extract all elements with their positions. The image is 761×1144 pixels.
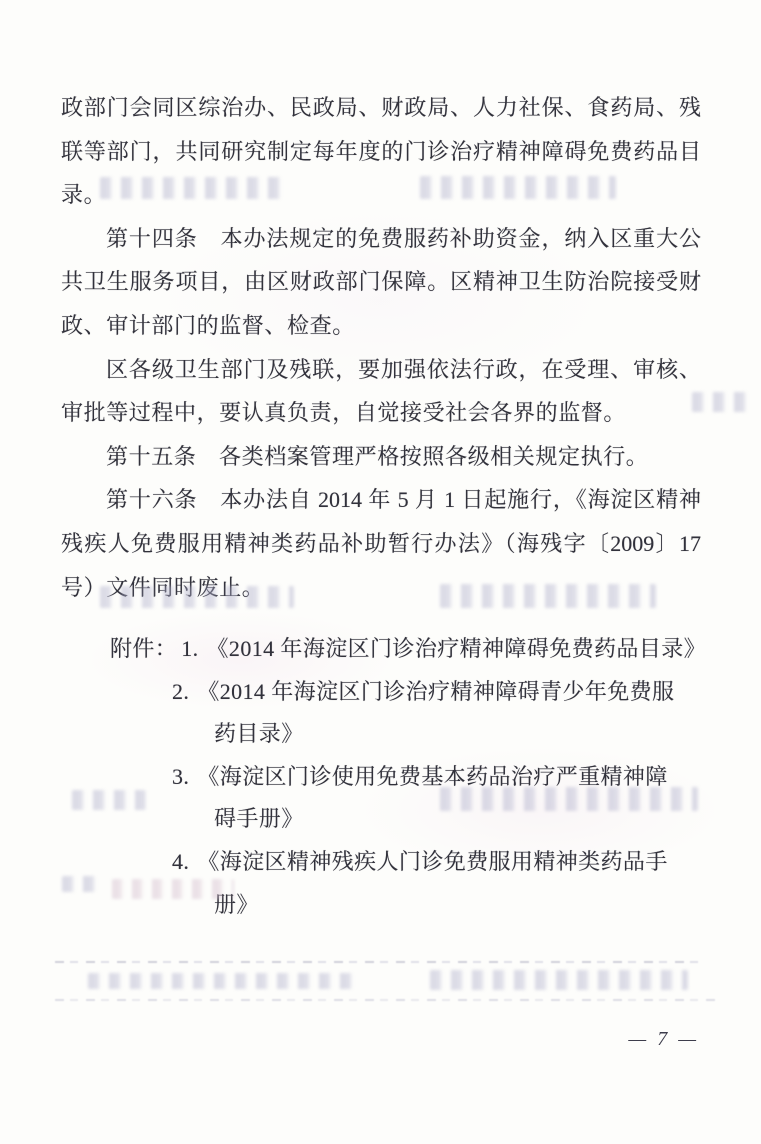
bleedthrough-artifact: [88, 973, 354, 989]
attachment-item: 4.《海淀区精神残疾人门诊免费服用精神类药品手: [110, 841, 710, 884]
document-body: 政部门会同区综治办、民政局、财政局、人力社保、食药局、残 联等部门，共同研究制定…: [61, 86, 701, 609]
page-number: — 7 —: [628, 1026, 699, 1052]
bleedthrough-artifact: [440, 584, 656, 608]
text-line: 区各级卫生部门及残联，要加强依法行政，在受理、审核、: [61, 348, 701, 392]
bleedthrough-artifact: [692, 392, 748, 412]
attachment-title-continuation: 药目录》: [110, 713, 710, 756]
paragraph-supervision: 区各级卫生部门及残联，要加强依法行政，在受理、审核、 审批等过程中，要认真负责，…: [61, 348, 701, 435]
text-line: 第十五条 各类档案管理严格按照各级相关规定执行。: [61, 435, 701, 479]
attachment-index: 4.: [172, 849, 189, 874]
bleedthrough-artifact: [72, 790, 146, 810]
attachment-index: 3.: [172, 764, 189, 789]
text-line: 政部门会同区综治办、民政局、财政局、人力社保、食药局、残: [61, 86, 701, 130]
text-line: 第十六条 本办法自 2014 年 5 月 1 日起施行，《海淀区精神: [61, 478, 701, 522]
scan-streak-artifact: [55, 999, 715, 1001]
text-line: 审批等过程中，要认真负责，自觉接受社会各界的监督。: [61, 391, 701, 435]
paragraph-article-14: 第十四条 本办法规定的免费服药补助资金，纳入区重大公 共卫生服务项目，由区财政部…: [61, 217, 701, 348]
bleedthrough-artifact: [62, 876, 96, 892]
bleedthrough-artifact: [420, 176, 616, 199]
scanned-document-page: 政部门会同区综治办、民政局、财政局、人力社保、食药局、残 联等部门，共同研究制定…: [0, 0, 761, 1144]
text-line: 政、审计部门的监督、检查。: [61, 304, 701, 348]
scan-streak-artifact: [55, 961, 705, 963]
bleedthrough-artifact: [440, 787, 698, 811]
attachment-title: 《海淀区门诊使用免费基本药品治疗严重精神障: [197, 764, 667, 789]
bleedthrough-artifact: [100, 177, 288, 199]
text-line: 第十四条 本办法规定的免费服药补助资金，纳入区重大公: [61, 217, 701, 261]
bleedthrough-artifact: [100, 586, 294, 608]
bleedthrough-artifact: [430, 970, 688, 990]
attachment-item: 附件：1.《2014 年海淀区门诊治疗精神障碍免费药品目录》: [110, 628, 710, 671]
attachments-label: 附件：: [110, 636, 177, 661]
attachment-index: 1.: [181, 636, 198, 661]
attachment-title: 《2014 年海淀区门诊治疗精神障碍免费药品目录》: [207, 636, 707, 661]
attachment-item: 2.《2014 年海淀区门诊治疗精神障碍青少年免费服: [110, 671, 710, 714]
text-line: 联等部门，共同研究制定每年度的门诊治疗精神障碍免费药品目: [61, 130, 701, 174]
attachment-title: 《海淀区精神残疾人门诊免费服用精神类药品手: [197, 849, 667, 874]
attachment-index: 2.: [172, 679, 189, 704]
paragraph-article-15: 第十五条 各类档案管理严格按照各级相关规定执行。: [61, 435, 701, 479]
bleedthrough-artifact: [112, 879, 234, 899]
text-line: 共卫生服务项目，由区财政部门保障。区精神卫生防治院接受财: [61, 260, 701, 304]
attachment-title: 《2014 年海淀区门诊治疗精神障碍青少年免费服: [197, 679, 674, 704]
text-line: 残疾人免费服用精神类药品补助暂行办法》（海残字〔2009〕17: [61, 522, 701, 566]
